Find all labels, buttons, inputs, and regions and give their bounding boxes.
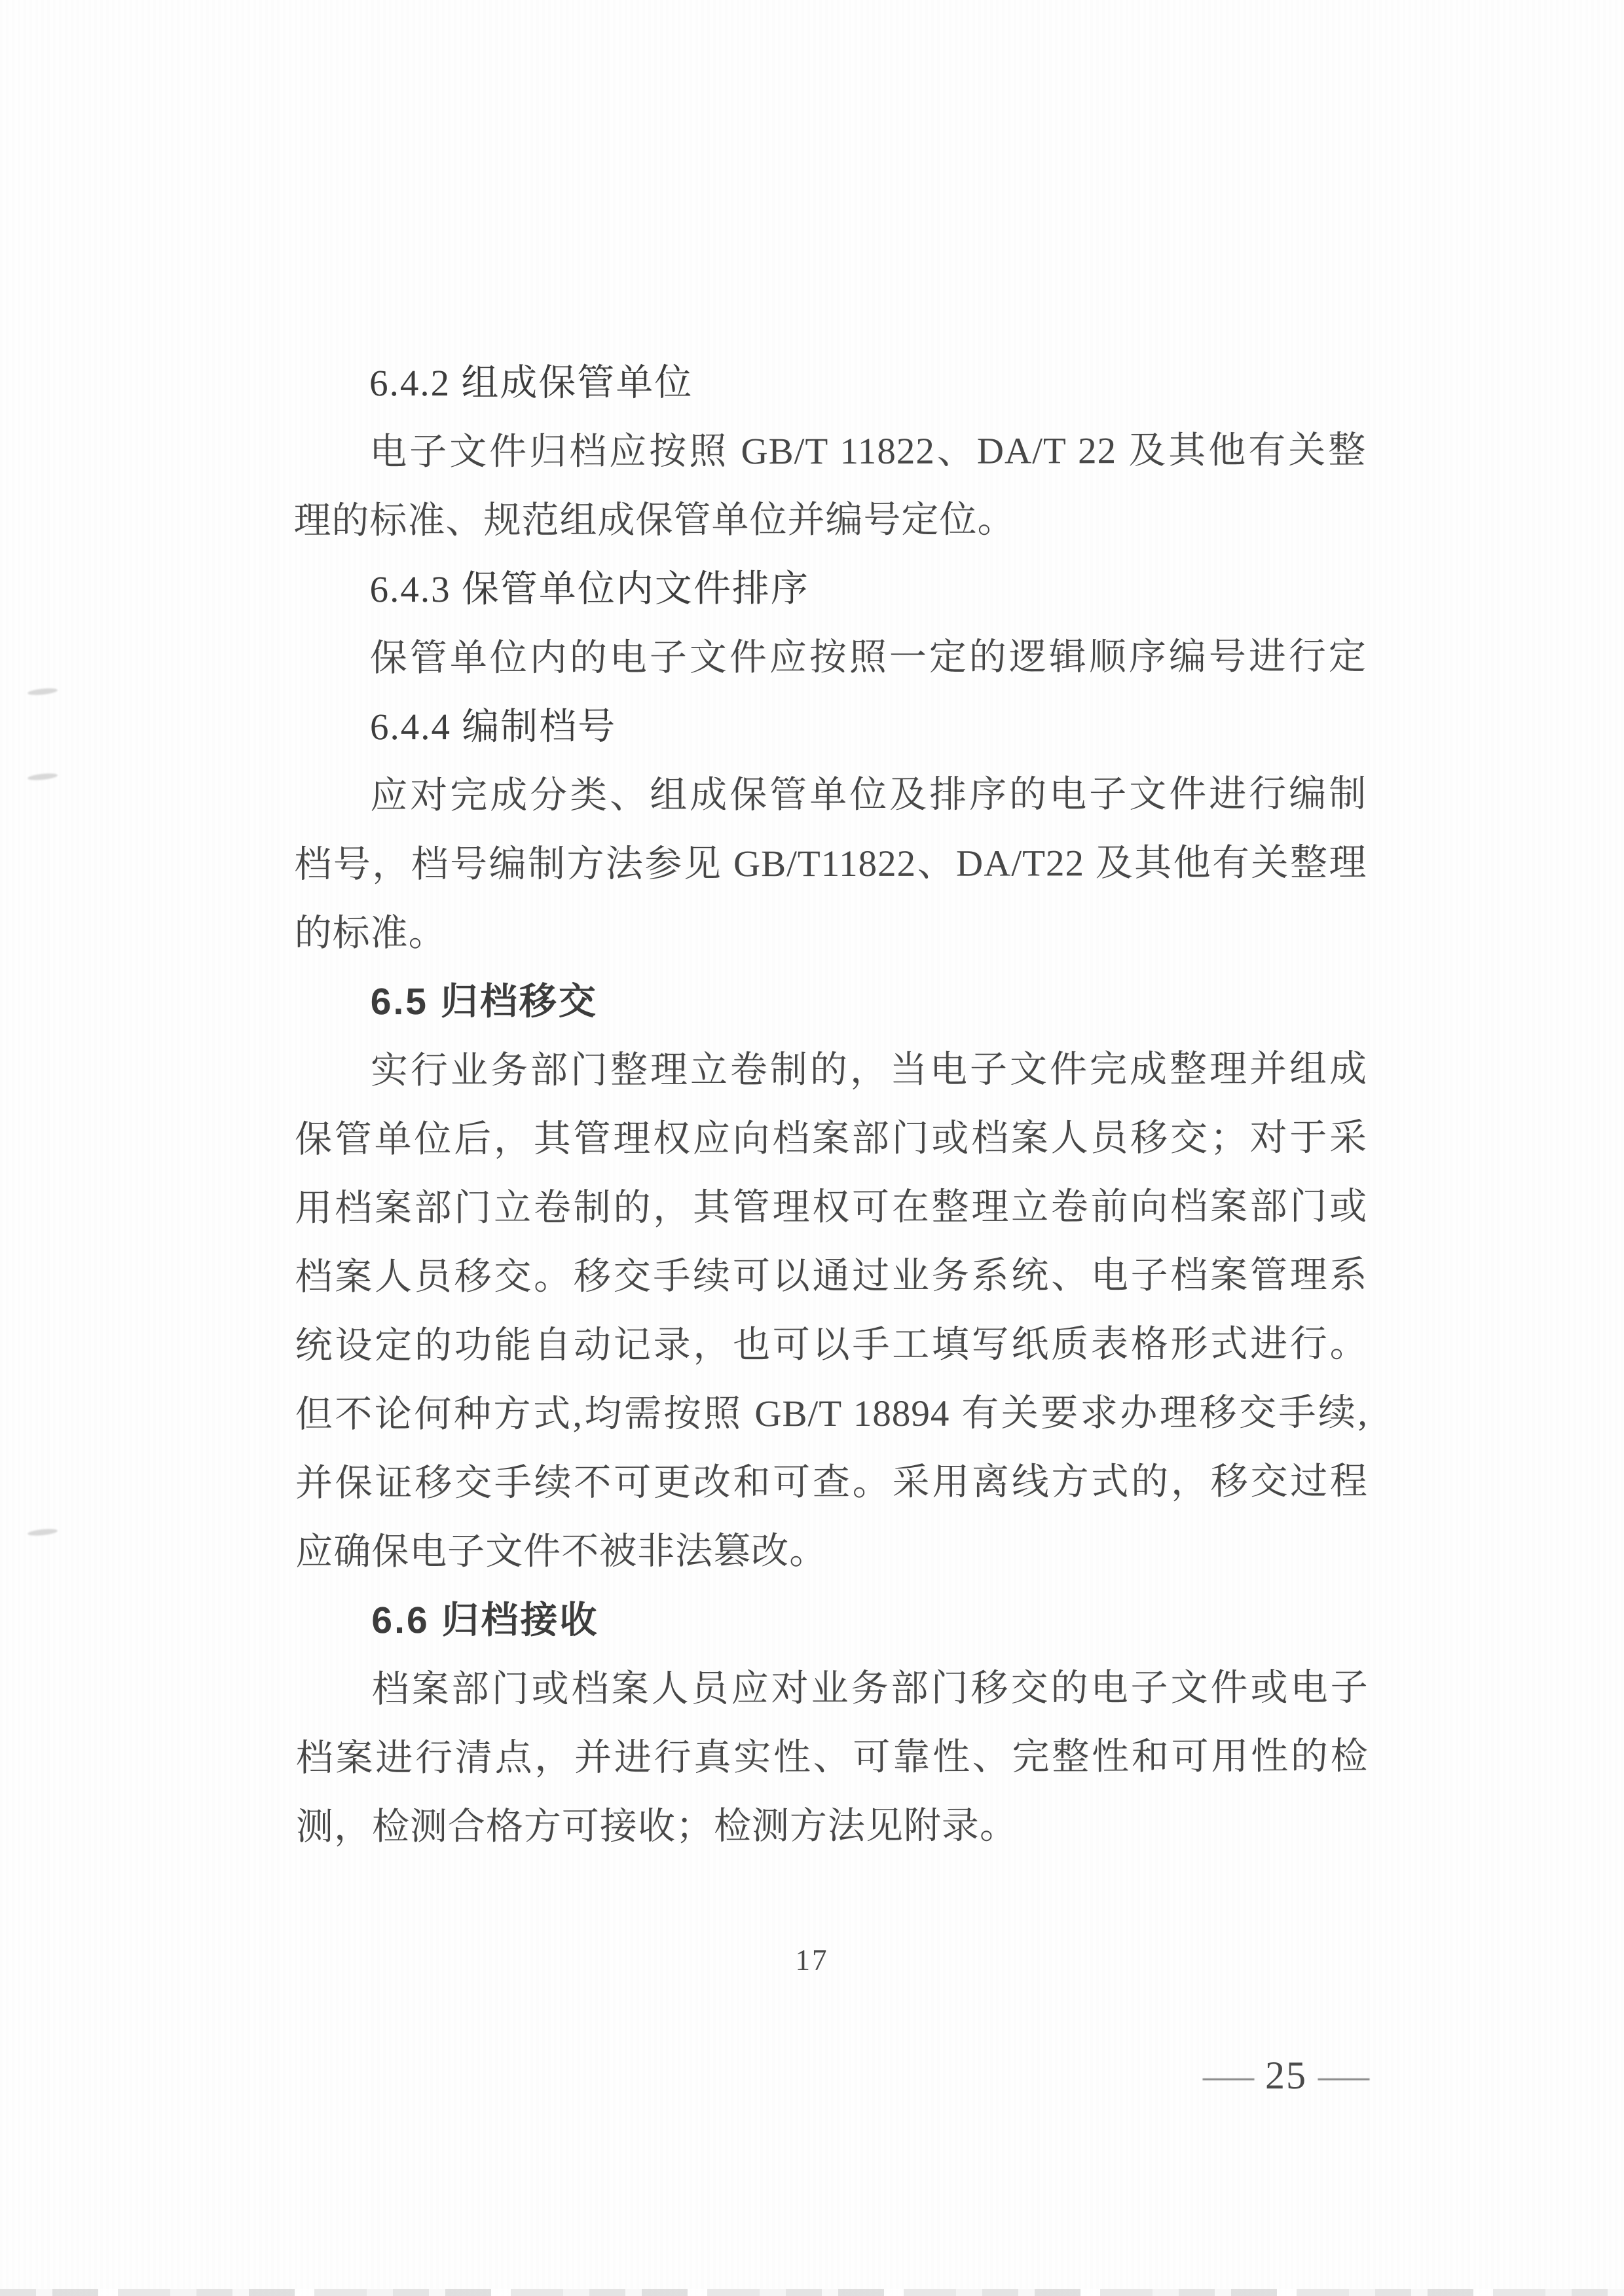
folio-right-dash: —	[1318, 2053, 1369, 2098]
page-number: 17	[0, 1943, 1624, 1977]
scanned-document-page: 6.4.2 组成保管单位电子文件归档应按照 GB/T 11822、DA/T 22…	[0, 0, 1624, 2296]
text-line: 档案进行清点，并进行真实性、可靠性、完整性和可用性的检	[296, 1722, 1369, 1793]
text-line: 但不论何种方式,均需按照 GB/T 18894 有关要求办理移交手续,	[295, 1379, 1368, 1449]
subsection-heading: 6.4.3 保管单位内文件排序	[294, 554, 1367, 625]
text-line: 电子文件归档应按照 GB/T 11822、DA/T 22 及其他有关整	[293, 416, 1366, 487]
scan-smudge-artifact	[28, 773, 58, 782]
text-line: 保管单位后，其管理权应向档案部门或档案人员移交；对于采	[295, 1104, 1367, 1175]
text-line: 用档案部门立卷制的，其管理权可在整理立卷前向档案部门或	[295, 1173, 1367, 1243]
text-line: 档案部门或档案人员应对业务部门移交的电子文件或电子	[295, 1654, 1368, 1724]
text-line: 的标准。	[294, 898, 1367, 968]
section-heading: 6.6 归档接收	[295, 1585, 1368, 1656]
text-line: 理的标准、规范组成保管单位并编号定位。	[293, 485, 1366, 556]
subsection-heading: 6.4.2 组成保管单位	[293, 348, 1366, 418]
scan-edge-noise-artifact	[0, 2289, 1624, 2296]
document-body: 6.4.2 组成保管单位电子文件归档应按照 GB/T 11822、DA/T 22…	[293, 348, 1369, 1862]
folio-left-dash: —	[1203, 2053, 1254, 2098]
scan-smudge-artifact	[28, 1528, 58, 1537]
text-line: 档号，档号编制方法参见 GB/T11822、DA/T22 及其他有关整理	[294, 829, 1367, 900]
text-line: 实行业务部门整理立卷制的，当电子文件完成整理并组成	[295, 1035, 1367, 1106]
subsection-heading: 6.4.4 编制档号	[294, 691, 1367, 762]
text-line: 档案人员移交。移交手续可以通过业务系统、电子档案管理系	[295, 1241, 1367, 1312]
text-line: 并保证移交手续不可更改和可查。采用离线方式的，移交过程	[295, 1448, 1368, 1518]
text-line: 应确保电子文件不被非法篡改。	[295, 1516, 1368, 1587]
text-line: 统设定的功能自动记录，也可以手工填写纸质表格形式进行。	[295, 1310, 1368, 1381]
text-line: 保管单位内的电子文件应按照一定的逻辑顺序编号进行定位。	[294, 623, 1367, 693]
scan-smudge-artifact	[28, 687, 58, 697]
section-heading: 6.5 归档移交	[295, 966, 1367, 1037]
folio-number: 25	[1265, 2053, 1307, 2098]
text-line: 应对完成分类、组成保管单位及排序的电子文件进行编制	[294, 760, 1367, 831]
folio: — 25 —	[1209, 2053, 1363, 2098]
text-line: 测，检测合格方可接收；检测方法见附录。	[296, 1791, 1369, 1862]
